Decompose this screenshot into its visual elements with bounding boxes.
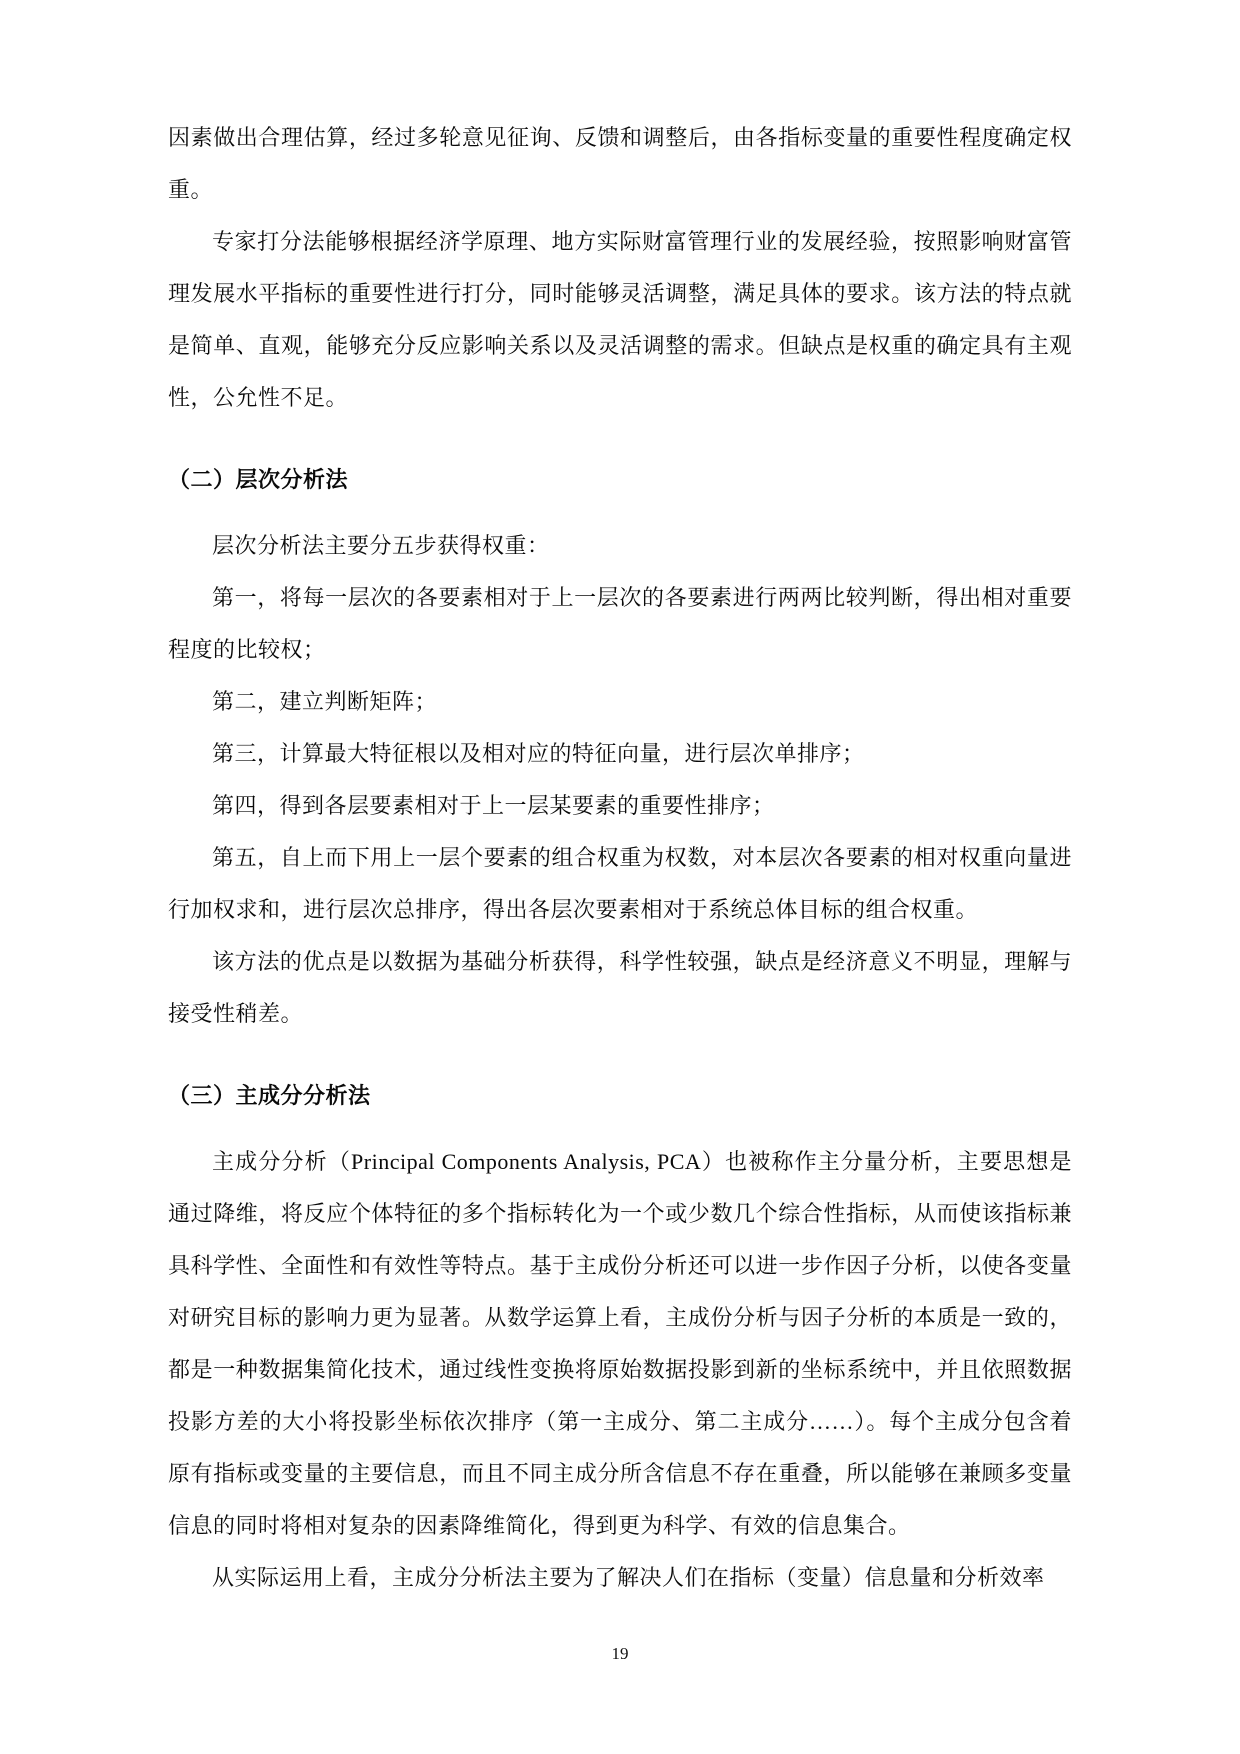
page-body: 因素做出合理估算，经过多轮意见征询、反馈和调整后，由各指标变量的重要性程度确定权… — [168, 112, 1072, 1604]
paragraph-ahp-pros-cons: 该方法的优点是以数据为基础分析获得，科学性较强，缺点是经济意义不明显，理解与接受… — [168, 936, 1072, 1040]
paragraph-ahp-step-5: 第五，自上而下用上一层个要素的组合权重为权数，对本层次各要素的相对权重向量进行加… — [168, 832, 1072, 936]
paragraph-ahp-step-3: 第三，计算最大特征根以及相对应的特征向量，进行层次单排序； — [168, 728, 1072, 780]
paragraph-pca-practical-use: 从实际运用上看，主成分分析法主要为了解决人们在指标（变量）信息量和分析效率 — [168, 1552, 1072, 1604]
paragraph-ahp-intro: 层次分析法主要分五步获得权重： — [168, 520, 1072, 572]
paragraph-ahp-step-1: 第一，将每一层次的各要素相对于上一层次的各要素进行两两比较判断，得出相对重要程度… — [168, 572, 1072, 676]
section-heading-ahp: （二）层次分析法 — [168, 454, 1072, 506]
paragraph-expert-scoring-method: 专家打分法能够根据经济学原理、地方实际财富管理行业的发展经验，按照影响财富管理发… — [168, 216, 1072, 424]
paragraph-ahp-step-4: 第四，得到各层要素相对于上一层某要素的重要性排序； — [168, 780, 1072, 832]
page-number: 19 — [0, 1642, 1240, 1666]
section-heading-pca: （三）主成分分析法 — [168, 1070, 1072, 1122]
paragraph-pca-description: 主成分分析（Principal Components Analysis, PCA… — [168, 1136, 1072, 1552]
paragraph-weight-determination: 因素做出合理估算，经过多轮意见征询、反馈和调整后，由各指标变量的重要性程度确定权… — [168, 112, 1072, 216]
paragraph-ahp-step-2: 第二，建立判断矩阵； — [168, 676, 1072, 728]
document-page: 因素做出合理估算，经过多轮意见征询、反馈和调整后，由各指标变量的重要性程度确定权… — [0, 0, 1240, 1754]
